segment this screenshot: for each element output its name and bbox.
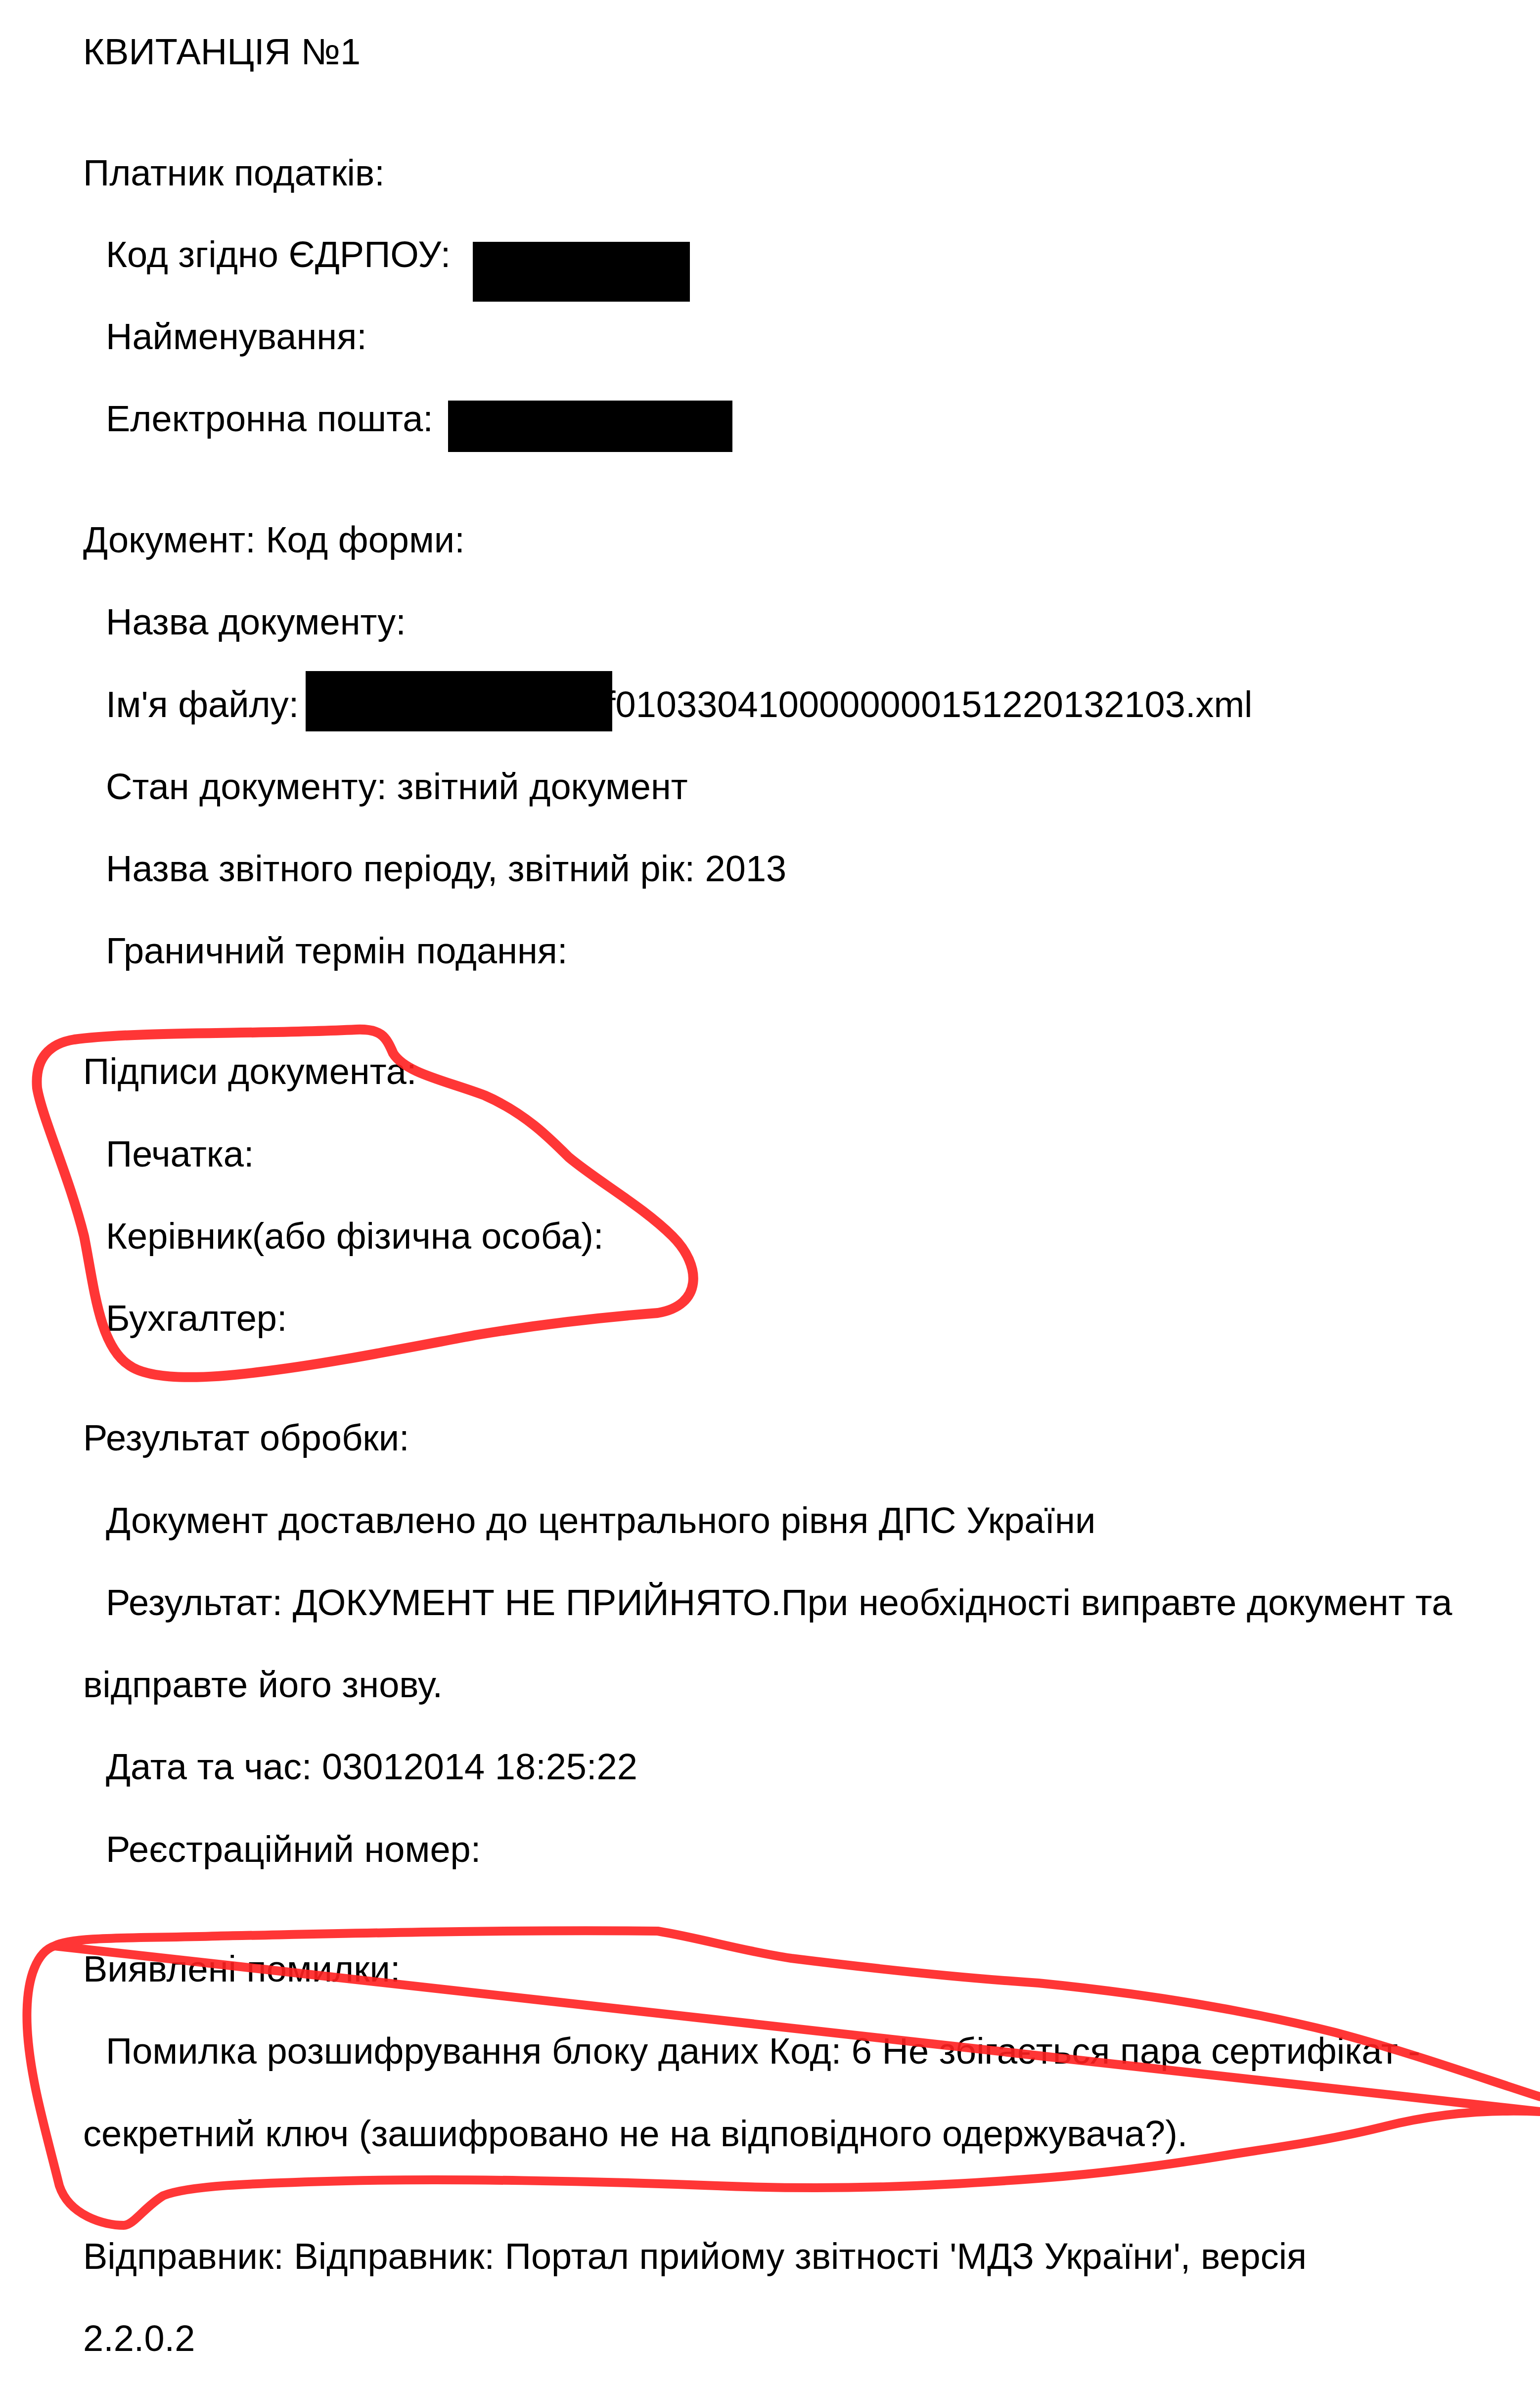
receipt-title: КВИТАНЦІЯ №1 [83, 30, 361, 74]
processing-heading: Результат обробки: [83, 1416, 409, 1460]
stamp-label: Печатка: [106, 1132, 254, 1176]
file-name-label: Ім'я файлу: [106, 682, 299, 727]
delivery-status: Документ доставлено до центрального рівн… [106, 1498, 1095, 1543]
file-name-redaction [306, 671, 612, 731]
edrpou-redaction [473, 242, 690, 302]
name-label: Найменування: [106, 315, 367, 359]
email-redaction [448, 401, 732, 452]
email-label: Електронна пошта: [106, 397, 433, 441]
document-heading: Документ: Код форми: [83, 518, 465, 562]
edrpou-label: Код згідно ЄДРПОУ: [106, 232, 451, 277]
result-line-2: відправте його знову. [83, 1663, 443, 1707]
error-message-line-1: Помилка розшифрування блоку даних Код: 6… [106, 2029, 1420, 2074]
taxpayer-heading: Платник податків: [83, 151, 385, 195]
errors-heading: Виявлені помилки: [83, 1947, 400, 1991]
error-message-line-2: секретний ключ (зашифровано не на відпов… [83, 2112, 1187, 2156]
registration-number-label: Реєстраційний номер: [106, 1827, 481, 1872]
file-name-value: f0103304100000000151220132103.xml [605, 682, 1253, 727]
submission-deadline: Граничний термін подання: [106, 929, 568, 973]
processing-datetime: Дата та час: 03012014 18:25:22 [106, 1745, 637, 1789]
document-status: Стан документу: звітний документ [106, 765, 688, 809]
document-name-label: Назва документу: [106, 600, 406, 644]
signatures-heading: Підписи документа: [83, 1049, 417, 1094]
sender-line-2: 2.2.0.2 [83, 2316, 195, 2361]
sender-line-1: Відправник: Відправник: Портал прийому з… [83, 2234, 1307, 2279]
director-label: Керівник(або фізична особа): [106, 1214, 604, 1259]
accountant-label: Бухгалтер: [106, 1296, 287, 1341]
result-line-1: Результат: ДОКУМЕНТ НЕ ПРИЙНЯТО.При необ… [106, 1580, 1452, 1625]
reporting-period: Назва звітного періоду, звітний рік: 201… [106, 847, 786, 891]
